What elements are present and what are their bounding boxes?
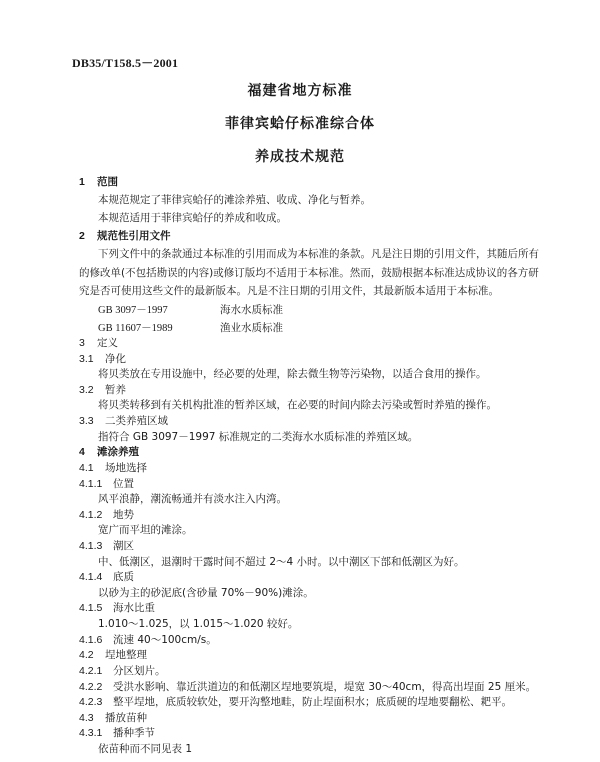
section-title: 潮区 [113, 540, 134, 552]
doc-title-line-3: 养成技术规范 [0, 146, 600, 166]
section-number: 4.1.5 [79, 601, 113, 615]
section-heading: 4.3播放苗种 [79, 711, 147, 725]
section-heading: 3.3二类养殖区域 [79, 414, 168, 428]
section-number: 3.3 [79, 414, 105, 428]
section-number: 3.1 [79, 352, 105, 366]
section-heading: 4.3.1播种季节 [79, 726, 155, 740]
reference-code: GB 11607－1989 [98, 320, 220, 335]
section-number: 4.1.1 [79, 477, 113, 491]
doc-title-line-1: 福建省地方标准 [0, 80, 600, 100]
paragraph-line: 本规范适用于菲律宾蛤仔的养成和收成。 [98, 211, 287, 225]
section-heading: 4.2.1分区划片。 [79, 664, 166, 678]
paragraph-line: 宽广而平坦的滩涂。 [98, 523, 193, 537]
section-title: 暂养 [105, 384, 126, 396]
section-title: 受洪水影响、靠近洪道边的和低潮区埕地要筑堤，堤宽 30～40cm，得高出埕面 2… [113, 681, 536, 693]
section-title: 净化 [105, 353, 126, 365]
paragraph-line: 指符合 GB 3097－1997 标准规定的二类海水水质标准的养殖区域。 [98, 430, 418, 444]
doc-title-line-2: 菲律宾蛤仔标准综合体 [0, 113, 600, 133]
section-title: 范围 [97, 176, 118, 188]
reference-code: GB 3097－1997 [98, 302, 220, 317]
section-title: 播放苗种 [105, 712, 147, 724]
section-title: 埕地整理 [105, 649, 147, 661]
section-title: 滩涂养殖 [97, 446, 139, 458]
paragraph-line: 将贝类放在专用设施中，经必要的处理，除去微生物等污染物，以适合食用的操作。 [98, 367, 487, 381]
section-heading: 3.1净化 [79, 352, 126, 366]
section-heading: 3.2暂养 [79, 383, 126, 397]
section-title: 定义 [97, 337, 118, 349]
section-heading: 4.1场地选择 [79, 461, 147, 475]
section-number: 4.1.2 [79, 508, 113, 522]
paragraph-line: 的修改单(不包括勘误的内容)或修订版均不适用于本标准。然而，鼓励根据本标准达成协… [79, 266, 539, 280]
section-heading: 4.1.6流速 40～100cm/s。 [79, 633, 217, 647]
reference-item: GB 11607－1989渔业水质标准 [98, 320, 283, 335]
section-title: 整平埕地，底质较软处，要开沟整地畦，防止埕面积水；底质硬的埕地要翻松、耙平。 [113, 696, 512, 708]
reference-name: 渔业水质标准 [220, 322, 283, 334]
section-heading: 4.2.3整平埕地，底质较软处，要开沟整地畦，防止埕面积水；底质硬的埕地要翻松、… [79, 695, 512, 709]
section-heading: 4.1.3潮区 [79, 539, 134, 553]
section-number: 4.2.2 [79, 680, 113, 694]
section-title: 播种季节 [113, 727, 155, 739]
section-number: 4.1.4 [79, 570, 113, 584]
standard-code: DB35/T158.5－2001 [72, 54, 178, 71]
document-page: DB35/T158.5－2001 福建省地方标准 菲律宾蛤仔标准综合体 养成技术… [0, 0, 600, 762]
section-number: 4.3.1 [79, 726, 113, 740]
section-number: 3.2 [79, 383, 105, 397]
section-number: 4.2.1 [79, 664, 113, 678]
paragraph-line: 中、低潮区，退潮时干露时间不超过 2～4 小时。以中潮区下部和低潮区为好。 [98, 555, 465, 569]
paragraph-line: 依苗种而不同见表 1 [98, 742, 192, 756]
section-title: 流速 40～100cm/s。 [113, 634, 217, 646]
paragraph-line: 将贝类转移到有关机构批准的暂养区域，在必要的时间内除去污染或暂时养殖的操作。 [98, 398, 497, 412]
section-heading: 4.1.2地势 [79, 508, 134, 522]
section-number: 4.1.3 [79, 539, 113, 553]
section-heading: 2规范性引用文件 [79, 229, 171, 243]
reference-name: 海水水质标准 [220, 304, 283, 316]
paragraph-line: 究是否可使用这些文件的最新版本。凡是不注日期的引用文件，其最新版本适用于本标准。 [79, 284, 499, 298]
section-heading: 4.1.4底质 [79, 570, 134, 584]
reference-item: GB 3097－1997海水水质标准 [98, 302, 283, 317]
section-title: 场地选择 [105, 462, 147, 474]
paragraph-line: 以砂为主的砂泥底(含砂量 70%－90%)滩涂。 [98, 586, 314, 600]
section-number: 1 [79, 175, 97, 189]
section-title: 底质 [113, 571, 134, 583]
paragraph-line: 1.010～1.025，以 1.015～1.020 较好。 [98, 617, 298, 631]
section-heading: 4.2.2受洪水影响、靠近洪道边的和低潮区埕地要筑堤，堤宽 30～40cm，得高… [79, 680, 536, 694]
section-title: 分区划片。 [113, 665, 166, 677]
section-number: 4.1 [79, 461, 105, 475]
section-heading: 4.2埕地整理 [79, 648, 147, 662]
section-heading: 3定义 [79, 336, 118, 350]
section-number: 4.1.6 [79, 633, 113, 647]
paragraph-line: 本规范规定了菲律宾蛤仔的滩涂养殖、收成、净化与暂养。 [98, 193, 371, 207]
section-number: 4.2 [79, 648, 105, 662]
section-number: 4 [79, 445, 97, 459]
section-title: 海水比重 [113, 602, 155, 614]
section-title: 地势 [113, 509, 134, 521]
section-number: 3 [79, 336, 97, 350]
section-heading: 4.1.1位置 [79, 477, 134, 491]
section-title: 位置 [113, 478, 134, 490]
section-number: 4.3 [79, 711, 105, 725]
section-heading: 1范围 [79, 175, 118, 189]
paragraph-line: 下列文件中的条款通过本标准的引用而成为本标准的条款。凡是注日期的引用文件，其随后… [98, 247, 539, 261]
paragraph-line: 风平浪静，潮流畅通并有淡水注入内湾。 [98, 492, 287, 506]
section-number: 4.2.3 [79, 695, 113, 709]
section-title: 二类养殖区域 [105, 415, 168, 427]
section-number: 2 [79, 229, 97, 243]
section-heading: 4滩涂养殖 [79, 445, 139, 459]
section-title: 规范性引用文件 [97, 230, 171, 242]
section-heading: 4.1.5海水比重 [79, 601, 155, 615]
